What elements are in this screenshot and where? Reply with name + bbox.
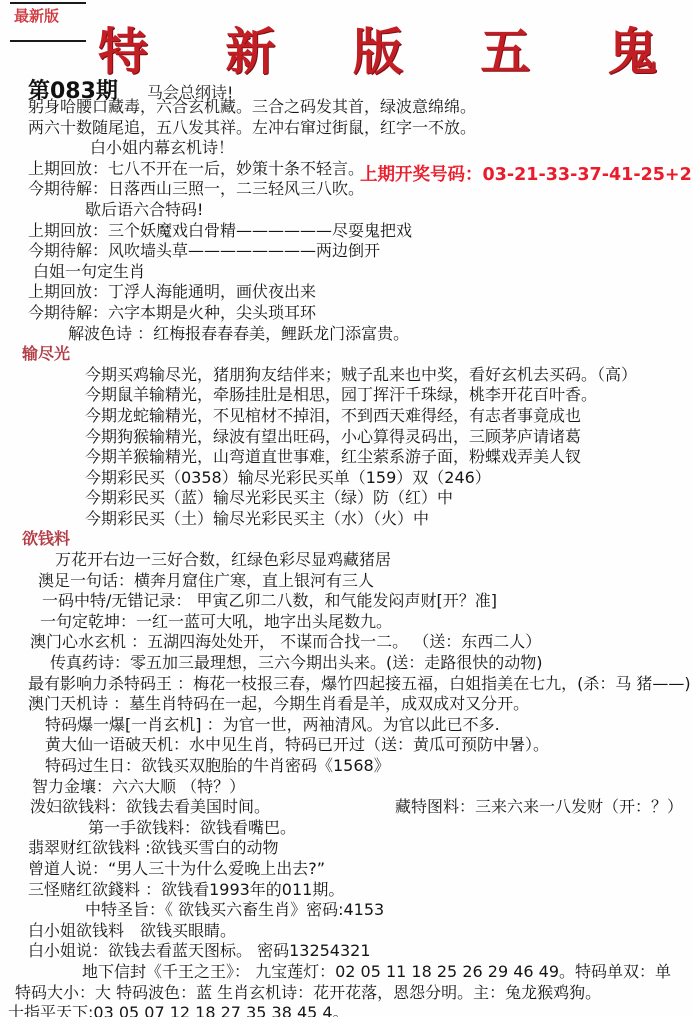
text-line-content: 欲钱料 <box>22 529 70 548</box>
text-line: 白小姐欲钱料 欲钱买眼睛。 <box>0 921 693 942</box>
text-line: 一码中特/无错记录： 甲寅乙卯二八数，和气能发闷声财[开？准] <box>0 591 693 612</box>
text-line: 中特圣旨：《 欲钱买六畜生肖》密码:4153 <box>0 900 693 921</box>
text-line-content: 白小姐说：欲钱去看蓝天图标。 密码13254321 <box>28 941 371 960</box>
text-line: 上期回放：三个妖魔戏白骨精——————尽耍鬼把戏 <box>0 221 693 242</box>
text-line-content: 上期回放：七八不开在一后，妙策十条不轻言。 <box>28 159 364 178</box>
section-header: 欲钱料 <box>0 529 693 550</box>
text-line-content: 一句定乾坤：一红一蓝可大吼，地字出头尾数九。 <box>40 612 392 631</box>
text-line: 特码大小：大 特码波色：蓝 生肖玄机诗：花开花落，恩怨分明。主：兔龙猴鸡狗。 <box>0 983 693 1004</box>
text-line-content: 地下信封《千王之王》： 九宝莲灯：02 05 11 18 25 26 29 46… <box>82 962 671 981</box>
text-line-content: 两六十数随尾追，五八发其祥。左冲右窜过街鼠，红字一不放。 <box>28 118 476 137</box>
text-line-content: 最有影响力杀特码王 ：梅花一枝报三春，爆竹四起接五福，白姐指美在七九，(杀：马 … <box>28 674 691 693</box>
edition-badge: 最新版 <box>14 5 59 26</box>
text-line-content: 翡翠财红欲钱料 :欲钱买雪白的动物 <box>28 838 278 857</box>
tip-sheet-page: 最新版 特 新 版 五 鬼 报 第083期 马会总纲诗! 上期开奖号码：03-2… <box>0 0 693 1017</box>
text-line-content: 躬身哈腰口藏毒，六合玄机藏。三合之码发其首，绿波意绵绵。 <box>28 97 476 116</box>
text-line-content: 曾道人说：“男人三十为什么爱晚上出去?” <box>28 859 325 878</box>
text-line-content: 白小姐欲钱料 欲钱买眼睛。 <box>28 921 236 940</box>
text-line: 翡翠财红欲钱料 :欲钱买雪白的动物 <box>0 838 693 859</box>
text-line: 白小姐说：欲钱去看蓝天图标。 密码13254321 <box>0 941 693 962</box>
text-line: 上期回放：丁浮人海能通明，画伏夜出来 <box>0 282 693 303</box>
text-line-content: 泼妇欲钱料：欲钱去看美国时间。 <box>30 797 270 816</box>
text-line-content: 第一手欲钱料：欲钱看嘴巴。 <box>88 818 296 837</box>
text-line: 三怪赌红欲錢料 ：欲钱看1993年的011期。 <box>0 880 693 901</box>
body-lines: 躬身哈腰口藏毒，六合玄机藏。三合之码发其首，绿波意绵绵。两六十数随尾追，五八发其… <box>0 97 693 1017</box>
text-line-content: 万花开右边一三好合数，红绿色彩尽显鸡藏猪居 <box>55 550 391 569</box>
text-line-content: 今期彩民买（0358）输尽光彩民买单（159）双（246） <box>85 468 491 487</box>
text-line-content: 十指平天下:03 05 07 12 18 27 35 38 45 4。 <box>8 1003 349 1017</box>
text-line: 今期待解：六字本期是火种，尖头琐耳环 <box>0 303 693 324</box>
text-line: 今期鼠羊输精光，牵肠挂肚是相思，园丁挥汗千珠绿，桃李开花百叶香。 <box>0 385 693 406</box>
text-line-content: 歇后语六合特码! <box>85 200 203 219</box>
text-line: 今期羊猴输精光，山弯道直世事难，红尘萦系游子面，粉蝶戏弄美人钗 <box>0 447 693 468</box>
text-line: 解波色诗 ：红梅报春春春美，鲤跃龙门添富贵。 <box>0 324 693 345</box>
text-line: 今期狗猴输精光，绿波有望出旺码，小心算得灵码出，三顾茅庐请诸葛 <box>0 427 693 448</box>
text-line: 两六十数随尾追，五八发其祥。左冲右窜过街鼠，红字一不放。 <box>0 118 693 139</box>
text-line-content: 传真药诗：零五加三最理想，三六今期出头来。(送：走路很快的动物) <box>50 653 543 672</box>
text-line-content: 一码中特/无错记录： 甲寅乙卯二八数，和气能发闷声财[开？准] <box>42 591 497 610</box>
text-line-content: 输尽光 <box>22 344 70 363</box>
text-line: 澳门天机诗 ：墓生肖特码在一起，今期生肖看是羊，成双成对又分开。 <box>0 694 693 715</box>
text-line-content: 今期待解：六字本期是火种，尖头琐耳环 <box>28 303 316 322</box>
text-line-content: 上期回放：三个妖魔戏白骨精——————尽耍鬼把戏 <box>28 221 412 240</box>
section-header: 输尽光 <box>0 344 693 365</box>
text-line-content: 今期鼠羊输精光，牵肠挂肚是相思，园丁挥汗千珠绿，桃李开花百叶香。 <box>85 385 597 404</box>
text-line-content: 白小姐内幕玄机诗！ <box>90 138 234 157</box>
text-line: 曾道人说：“男人三十为什么爱晚上出去?” <box>0 859 693 880</box>
text-line: 传真药诗：零五加三最理想，三六今期出头来。(送：走路很快的动物) <box>0 653 693 674</box>
text-line-content: 澳门心水玄机 ：五湖四海处处开， 不谋而合找一二。 （送：东西二人） <box>30 632 541 651</box>
text-line-content: 特码过生日：欲钱买双胞胎的牛肖密码《1568》 <box>45 756 390 775</box>
text-line: 白小姐内幕玄机诗！ <box>0 138 693 159</box>
text-line-secondary: 藏特图料：三来六来一八发财（开：？） <box>395 797 683 818</box>
text-line-content: 今期羊猴输精光，山弯道直世事难，红尘萦系游子面，粉蝶戏弄美人钗 <box>85 447 581 466</box>
text-line: 万花开右边一三好合数，红绿色彩尽显鸡藏猪居 <box>0 550 693 571</box>
text-line: 智力金壤：六六大顺 （特？） <box>0 777 693 798</box>
text-line: 澳门心水玄机 ：五湖四海处处开， 不谋而合找一二。 （送：东西二人） <box>0 632 693 653</box>
text-line-content: 特码大小：大 特码波色：蓝 生肖玄机诗：花开花落，恩怨分明。主：兔龙猴鸡狗。 <box>15 983 601 1002</box>
text-line: 特码过生日：欲钱买双胞胎的牛肖密码《1568》 <box>0 756 693 777</box>
previous-draw-numbers: 上期开奖号码：03-21-33-37-41-25+27 <box>360 161 693 186</box>
text-line: 躬身哈腰口藏毒，六合玄机藏。三合之码发其首，绿波意绵绵。 <box>0 97 693 118</box>
text-line: 第一手欲钱料：欲钱看嘴巴。 <box>0 818 693 839</box>
text-line: 澳足一句话：横奔月窟住广寒，直上银河有三人 <box>0 571 693 592</box>
text-line-content: 今期狗猴输精光，绿波有望出旺码，小心算得灵码出，三顾茅庐请诸葛 <box>85 427 581 446</box>
text-line: 今期待解：风吹墙头草————————两边倒开 <box>0 241 693 262</box>
text-line-content: 上期回放：丁浮人海能通明，画伏夜出来 <box>28 282 316 301</box>
text-line: 十指平天下:03 05 07 12 18 27 35 38 45 4。 <box>0 1003 693 1017</box>
text-line: 今期龙蛇输精光，不见棺材不掉泪，不到西天难得经，有志者事竟成也 <box>0 406 693 427</box>
top-rule-line <box>10 2 86 4</box>
text-line-content: 今期待解：日落西山三照一，二三轻风三八吹。 <box>28 179 364 198</box>
text-line-content: 今期待解：风吹墙头草————————两边倒开 <box>28 241 380 260</box>
text-line: 特码爆一爆[一肖玄机] ：为官一世，两袖清风。为官以此已不多. <box>0 715 693 736</box>
text-line: 歇后语六合特码! <box>0 200 693 221</box>
mid-rule-line <box>10 40 86 42</box>
text-line-content: 特码爆一爆[一肖玄机] ：为官一世，两袖清风。为官以此已不多. <box>45 715 500 734</box>
text-line-content: 澳足一句话：横奔月窟住广寒，直上银河有三人 <box>38 571 374 590</box>
text-line: 地下信封《千王之王》： 九宝莲灯：02 05 11 18 25 26 29 46… <box>0 962 693 983</box>
text-line-content: 今期龙蛇输精光，不见棺材不掉泪，不到西天难得经，有志者事竟成也 <box>85 406 581 425</box>
text-line-content: 澳门天机诗 ：墓生肖特码在一起，今期生肖看是羊，成双成对又分开。 <box>28 694 529 713</box>
text-line-content: 今期彩民买（土）输尽光彩民买主（水）（火）中 <box>85 509 429 528</box>
text-line-content: 白姐一句定生肖 <box>33 262 145 281</box>
text-line-content: 解波色诗 ：红梅报春春春美，鲤跃龙门添富贵。 <box>68 324 409 343</box>
text-line-content: 今期买鸡输尽光，猪朋狗友结伴来；贼子乱来也中奖，看好玄机去买码。（高） <box>85 365 637 384</box>
text-line: 最有影响力杀特码王 ：梅花一枝报三春，爆竹四起接五福，白姐指美在七九，(杀：马 … <box>0 674 693 695</box>
text-line: 今期彩民买（蓝）输尽光彩民买主（绿）防（红）中 <box>0 488 693 509</box>
text-line: 今期彩民买（0358）输尽光彩民买单（159）双（246） <box>0 468 693 489</box>
text-line: 泼妇欲钱料：欲钱去看美国时间。藏特图料：三来六来一八发财（开：？） <box>0 797 693 818</box>
text-line-content: 智力金壤：六六大顺 （特？） <box>32 777 245 796</box>
text-line: 今期买鸡输尽光，猪朋狗友结伴来；贼子乱来也中奖，看好玄机去买码。（高） <box>0 365 693 386</box>
text-line: 黄大仙一语破天机：水中见生肖，特码已开过（送：黄瓜可预防中暑）。 <box>0 735 693 756</box>
text-line: 一句定乾坤：一红一蓝可大吼，地字出头尾数九。 <box>0 612 693 633</box>
text-line: 今期彩民买（土）输尽光彩民买主（水）（火）中 <box>0 509 693 530</box>
text-line-content: 今期彩民买（蓝）输尽光彩民买主（绿）防（红）中 <box>85 488 453 507</box>
text-line-content: 中特圣旨：《 欲钱买六畜生肖》密码:4153 <box>85 900 384 919</box>
text-line-content: 三怪赌红欲錢料 ：欲钱看1993年的011期。 <box>28 880 344 899</box>
text-line-content: 黄大仙一语破天机：水中见生肖，特码已开过（送：黄瓜可预防中暑）。 <box>45 735 549 754</box>
text-line: 白姐一句定生肖 <box>0 262 693 283</box>
